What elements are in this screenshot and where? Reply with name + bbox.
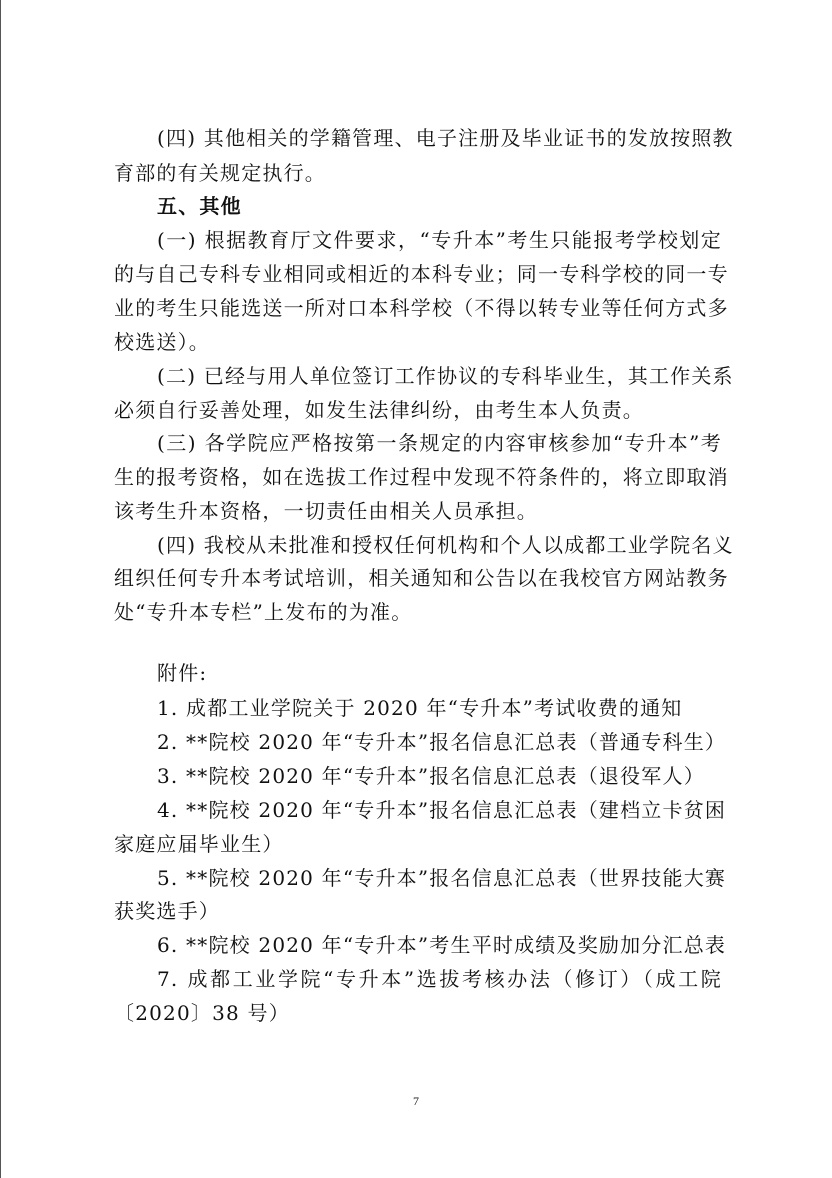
paragraph-line: (三) 各学院应严格按第一条规定的内容审核参加“专升本”考: [157, 431, 722, 455]
attachment-item: 2. **院校 2020 年“专升本”报名信息汇总表（普通专科生）: [157, 730, 722, 754]
paragraph-line: 生的报考资格，如在选拔工作过程中发现不符条件的，将立即取消: [114, 465, 722, 489]
attachment-item: 4. **院校 2020 年“专升本”报名信息汇总表（建档立卡贫困: [157, 798, 722, 822]
attachment-item: 5. **院校 2020 年“专升本”报名信息汇总表（世界技能大赛: [157, 866, 722, 890]
attachment-item-continuation: 获奖选手）: [114, 899, 722, 923]
page-left-border: [0, 0, 1, 1178]
paragraph-line: 的与自己专科专业相同或相近的本科专业；同一专科学校的同一专: [114, 262, 722, 286]
attachment-item: 3. **院校 2020 年“专升本”报名信息汇总表（退役军人）: [157, 764, 722, 788]
attachment-item: 6. **院校 2020 年“专升本”考生平时成绩及奖励加分汇总表: [157, 933, 722, 957]
paragraph-line: 处“专升本专栏”上发布的为准。: [114, 600, 722, 624]
attachment-item: 1. 成都工业学院关于 2020 年“专升本”考试收费的通知: [157, 696, 722, 720]
attachment-item-continuation: 家庭应届毕业生）: [114, 832, 722, 856]
attachments-label: 附件:: [157, 661, 722, 685]
paragraph-line: 业的考生只能选送一所对口本科学校（不得以转专业等任何方式多: [114, 296, 722, 320]
paragraph-line: 必须自行妥善处理，如发生法律纠纷，由考生本人负责。: [114, 398, 722, 422]
paragraph-line: (四) 其他相关的学籍管理、电子注册及毕业证书的发放按照教: [157, 126, 722, 150]
paragraph-line: (四) 我校从未批准和授权任何机构和个人以成都工业学院名义: [157, 533, 722, 557]
paragraph-line: 该考生升本资格，一切责任由相关人员承担。: [114, 499, 722, 523]
paragraph-line: (一) 根据教育厅文件要求，“专升本”考生只能报考学校划定: [157, 228, 722, 252]
paragraph-line: 组织任何专升本考试培训，相关通知和公告以在我校官方网站教务: [114, 566, 722, 590]
paragraph-line: 校选送）。: [114, 330, 722, 354]
attachment-item: 7. 成都工业学院“专升本”选拔考核办法（修订）（成工院: [157, 967, 722, 991]
section-heading: 五、其他: [157, 194, 722, 218]
attachment-item-continuation: 〔2020〕38 号）: [114, 1001, 722, 1025]
paragraph-line: 育部的有关规定执行。: [114, 161, 722, 185]
paragraph-line: (二) 已经与用人单位签订工作协议的专科毕业生，其工作关系: [157, 364, 722, 388]
page-number: 7: [0, 1094, 832, 1109]
